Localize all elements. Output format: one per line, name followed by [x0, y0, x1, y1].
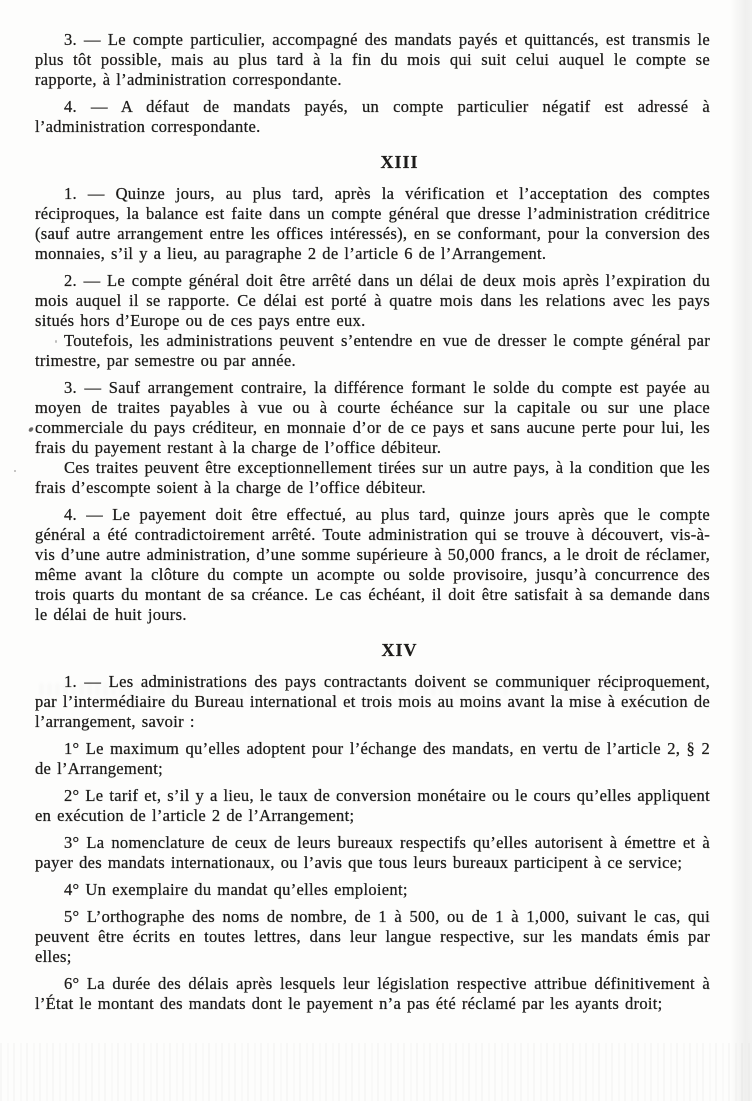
paragraph: 4. — A défaut de mandats payés, un compt…: [35, 97, 710, 137]
paragraph: 1. — Quinze jours, au plus tard, après l…: [35, 184, 710, 264]
paragraph: 3. — Le compte particulier, accompagné d…: [35, 30, 710, 90]
paragraph: 4° Un exemplaire du mandat qu’elles empl…: [35, 880, 710, 900]
section-heading: XIII: [62, 151, 737, 173]
paragraph: 2. — Le compte général doit être arrêté …: [35, 271, 710, 331]
paragraph: 2° Le tarif et, s’il y a lieu, le taux d…: [35, 786, 710, 826]
paragraph: 1. — Les administrations des pays contra…: [35, 672, 710, 732]
scan-streaks-artifact: [0, 1043, 752, 1101]
paragraph: 5° L’orthographe des noms de nombre, de …: [35, 907, 710, 967]
scanned-page: 3. — Le compte particulier, accompagné d…: [0, 0, 752, 1101]
document-body: 3. — Le compte particulier, accompagné d…: [35, 30, 710, 1014]
paragraph: 3. — Sauf arrangement contraire, la diff…: [35, 378, 710, 458]
ink-speck: [28, 426, 34, 432]
paragraph: Ces traites peuvent être exceptionnellem…: [35, 458, 710, 498]
ink-speck: [14, 470, 16, 472]
paragraph: 3° La nomenclature de ceux de leurs bure…: [35, 833, 710, 873]
paragraph: 4. — Le payement doit être effectué, au …: [35, 505, 710, 625]
section-heading: XIV: [62, 639, 737, 661]
paragraph: 1° Le maximum qu’elles adoptent pour l’é…: [35, 739, 710, 779]
paragraph: 6° La durée des délais après lesquels le…: [35, 974, 710, 1014]
paragraph: Toutefois, les administrations peuvent s…: [35, 331, 710, 371]
